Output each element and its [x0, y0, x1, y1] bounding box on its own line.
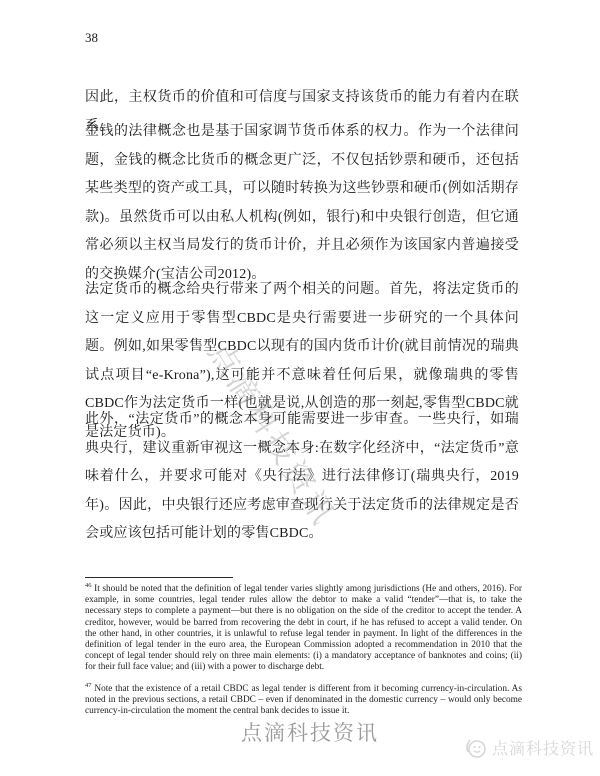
- footnote-text: Note that the existence of a retail CBDC…: [85, 684, 522, 716]
- footnote-marker: 46: [85, 582, 92, 589]
- body-paragraph: 金钱的法律概念也是基于国家调节货币体系的权力。作为一个法律问题，金钱的概念比货币…: [85, 118, 519, 289]
- watermark-bottom-right: 点滴科技资讯: [464, 736, 594, 759]
- footnote-text: It should be noted that the definition o…: [85, 584, 522, 672]
- watermark-bottom-right-label: 点滴科技资讯: [492, 736, 594, 759]
- footnote: 46 It should be noted that the definitio…: [85, 584, 522, 674]
- document-page: 38 因此，主权货币的价值和可信度与国家支持该货币的能力有着内在联系。 金钱的法…: [0, 0, 600, 776]
- page-number: 38: [85, 30, 98, 46]
- footnote-separator: [85, 577, 233, 578]
- drop-face-icon: [464, 737, 488, 759]
- footnote-marker: 47: [85, 682, 92, 689]
- body-paragraph: 此外，“法定货币”的概念本身可能需要进一步审查。一些央行，如瑞典央行，建议重新审…: [85, 406, 519, 549]
- footnote: 47 Note that the existence of a retail C…: [85, 684, 522, 718]
